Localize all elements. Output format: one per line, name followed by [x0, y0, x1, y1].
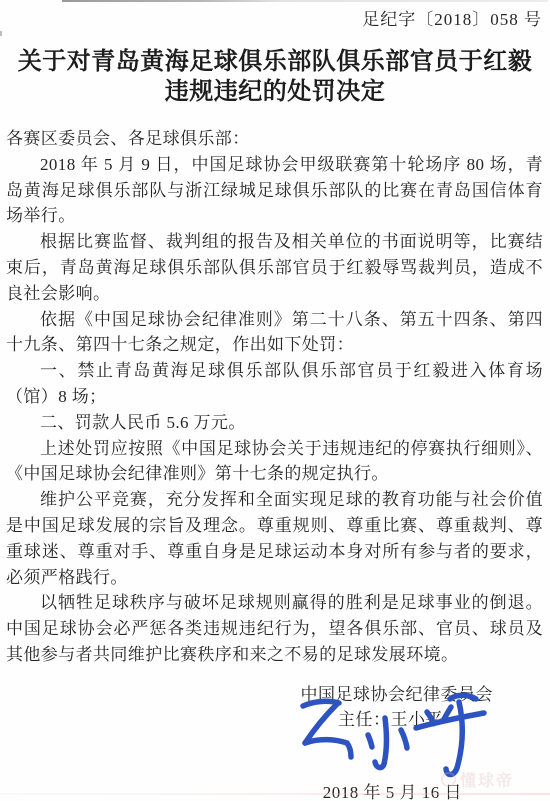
- paragraph-list: 2018 年 5 月 9 日，中国足球协会甲级联赛第十轮场序 80 场，青岛黄海…: [6, 152, 543, 668]
- paragraph: 维护公平竞赛，充分发挥和全面实现足球的教育功能与社会价值是中国足球发展的宗旨及理…: [6, 487, 543, 590]
- paragraph: 二、罚款人民币 5.6 万元。: [6, 410, 543, 436]
- paragraph: 上述处罚应按照《中国足球协会关于违规违纪的停赛执行细则》、《中国足球协会纪律准则…: [6, 436, 543, 488]
- signature-chief-line: 主任：王小平: [0, 705, 550, 730]
- watermark: 懂球帝: [441, 768, 514, 791]
- scan-edge-artifact-top: [62, 0, 548, 2]
- scan-edge-artifact-left: [0, 31, 2, 36]
- watermark-label: 懂球帝: [460, 768, 514, 791]
- document-number: 足纪字〔2018〕058 号: [362, 5, 542, 30]
- paragraph: 一、禁止青岛黄海足球俱乐部队俱乐部官员于红毅进入体育场（馆）8 场；: [6, 358, 543, 410]
- paragraph: 以牺牲足球秩序与破坏足球规则赢得的胜利是足球事业的倒退。中国足球协会必严惩各类违…: [6, 590, 543, 667]
- scan-edge-artifact-bottom: [0, 793, 550, 795]
- salutation: 各赛区委员会、各足球俱乐部：: [6, 126, 543, 152]
- official-document-page: 足纪字〔2018〕058 号 关于对青岛黄海足球俱乐部队俱乐部官员于红毅 违规违…: [0, 0, 550, 801]
- paragraph: 依据《中国足球协会纪律准则》第二十八条、第五十四条、第四十九条、第四十七条之规定…: [6, 307, 543, 359]
- document-title: 关于对青岛黄海足球俱乐部队俱乐部官员于红毅 违规违纪的处罚决定: [0, 47, 550, 107]
- paragraph: 根据比赛监督、裁判组的报告及相关单位的书面说明等，比赛结束后，青岛黄海足球俱乐部…: [6, 229, 543, 306]
- document-title-line2: 违规违纪的处罚决定: [0, 77, 550, 107]
- document-title-line1: 关于对青岛黄海足球俱乐部队俱乐部官员于红毅: [0, 47, 550, 77]
- signature-org-line: 中国足球协会纪律委员会: [0, 680, 550, 705]
- document-body: 各赛区委员会、各足球俱乐部： 2018 年 5 月 9 日，中国足球协会甲级联赛…: [6, 126, 543, 668]
- watermark-logo-icon: [441, 772, 456, 787]
- paragraph: 2018 年 5 月 9 日，中国足球协会甲级联赛第十轮场序 80 场，青岛黄海…: [6, 152, 543, 229]
